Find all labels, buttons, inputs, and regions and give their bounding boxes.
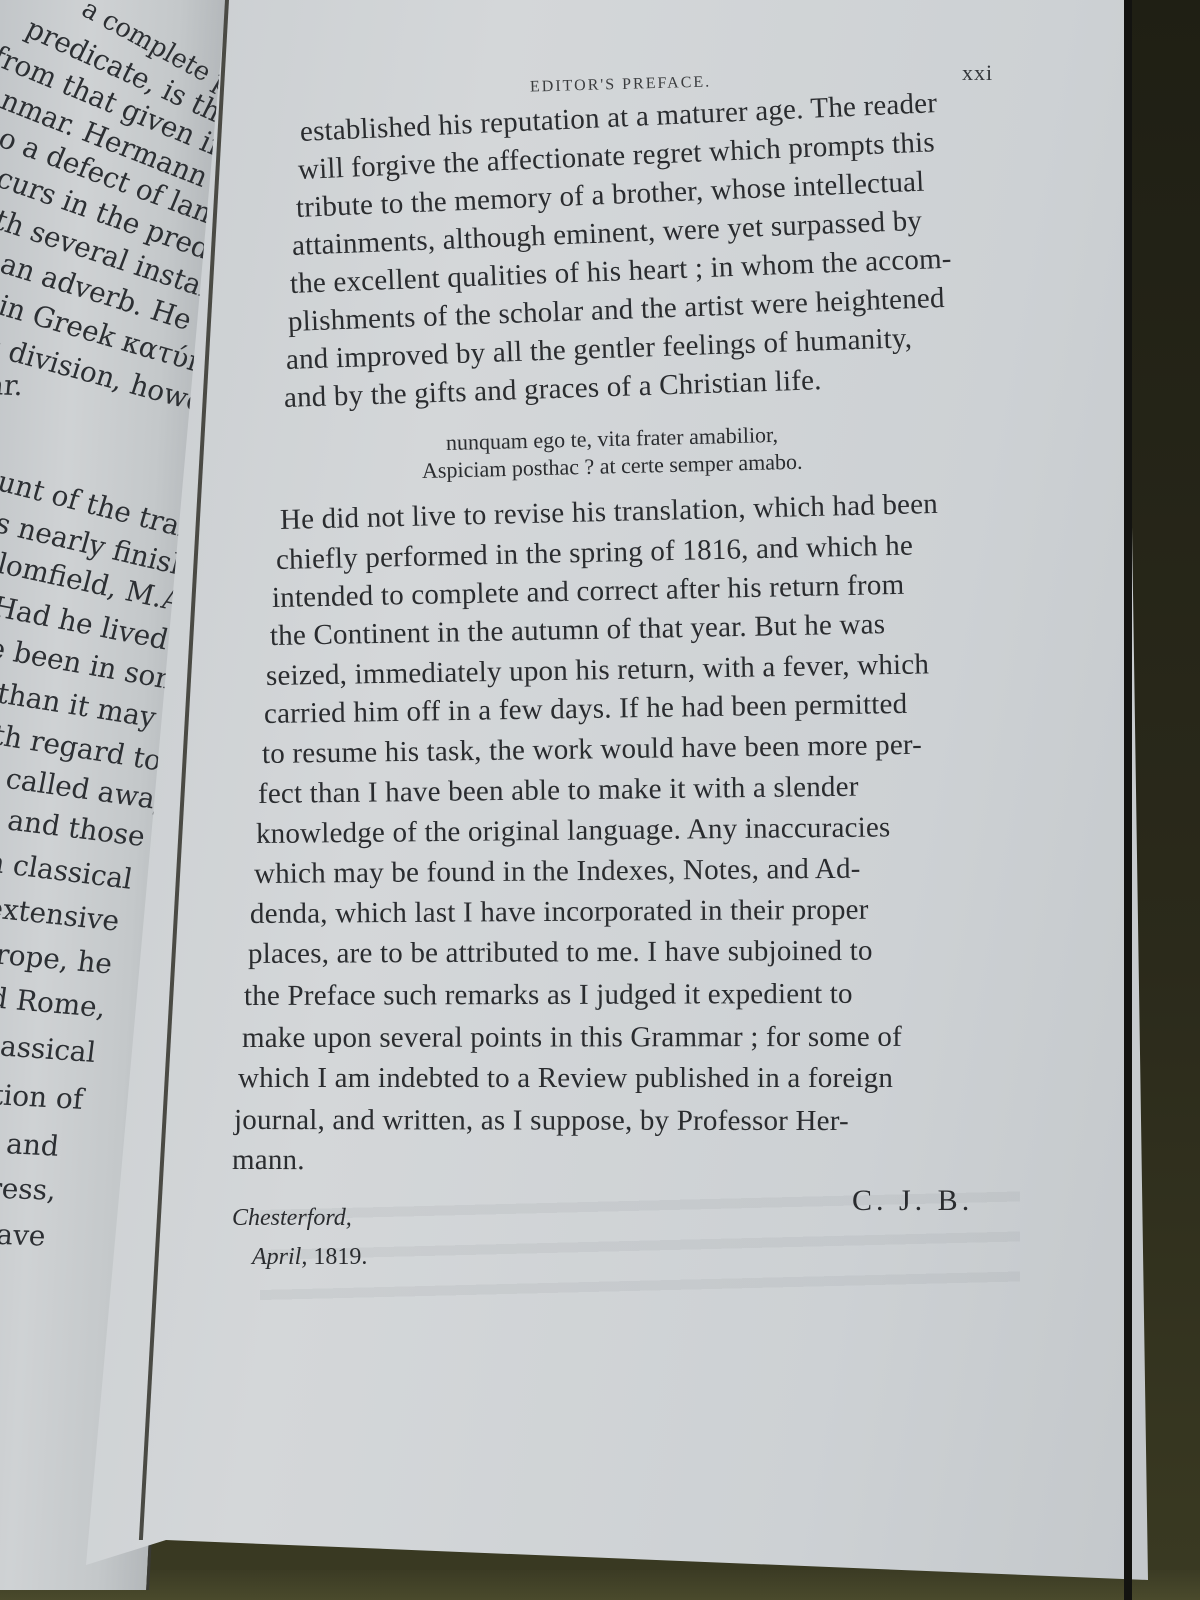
- text-line: intended to complete and correct after h…: [272, 569, 905, 615]
- date-year: 1819.: [313, 1244, 367, 1270]
- text-line: knowledge of the original language. Any …: [256, 811, 891, 851]
- text-line: carried him off in a few days. If he had…: [264, 688, 908, 731]
- place-name: Chesterford,: [232, 1205, 352, 1232]
- text-line: mann.: [232, 1144, 305, 1177]
- text-line: places, are to be attributed to me. I ha…: [248, 935, 873, 971]
- book-photo: a complete pro- predicate, is the co- fr…: [0, 0, 1200, 1600]
- text-line: to resume his task, the work would have …: [262, 729, 923, 771]
- date-month: April,: [252, 1244, 307, 1270]
- text-line: journal, and written, as I suppose, by P…: [234, 1104, 849, 1138]
- text-line: the Continent in the autumn of that year…: [270, 608, 886, 653]
- text-line: fect than I have been able to make it wi…: [258, 771, 859, 811]
- text-line: make upon several points in this Grammar…: [242, 1021, 902, 1055]
- text-line: which I am indebted to a Review publishe…: [238, 1062, 893, 1095]
- text-line: which may be found in the Indexes, Notes…: [254, 853, 861, 891]
- running-head: EDITOR'S PREFACE.: [530, 73, 712, 96]
- date: April, 1819.: [252, 1244, 367, 1271]
- page-number: xxi: [962, 60, 993, 86]
- signature-initials: C. J. B.: [852, 1184, 973, 1218]
- text-line: the Preface such remarks as I judged it …: [244, 978, 853, 1013]
- text-line: denda, which last I have incorporated in…: [250, 894, 869, 931]
- text-line: He did not live to revise his translatio…: [280, 488, 939, 537]
- right-page-text: EDITOR'S PREFACE. xxi established his re…: [0, 0, 1200, 1600]
- text-line: seized, immediately upon his return, wit…: [266, 648, 930, 693]
